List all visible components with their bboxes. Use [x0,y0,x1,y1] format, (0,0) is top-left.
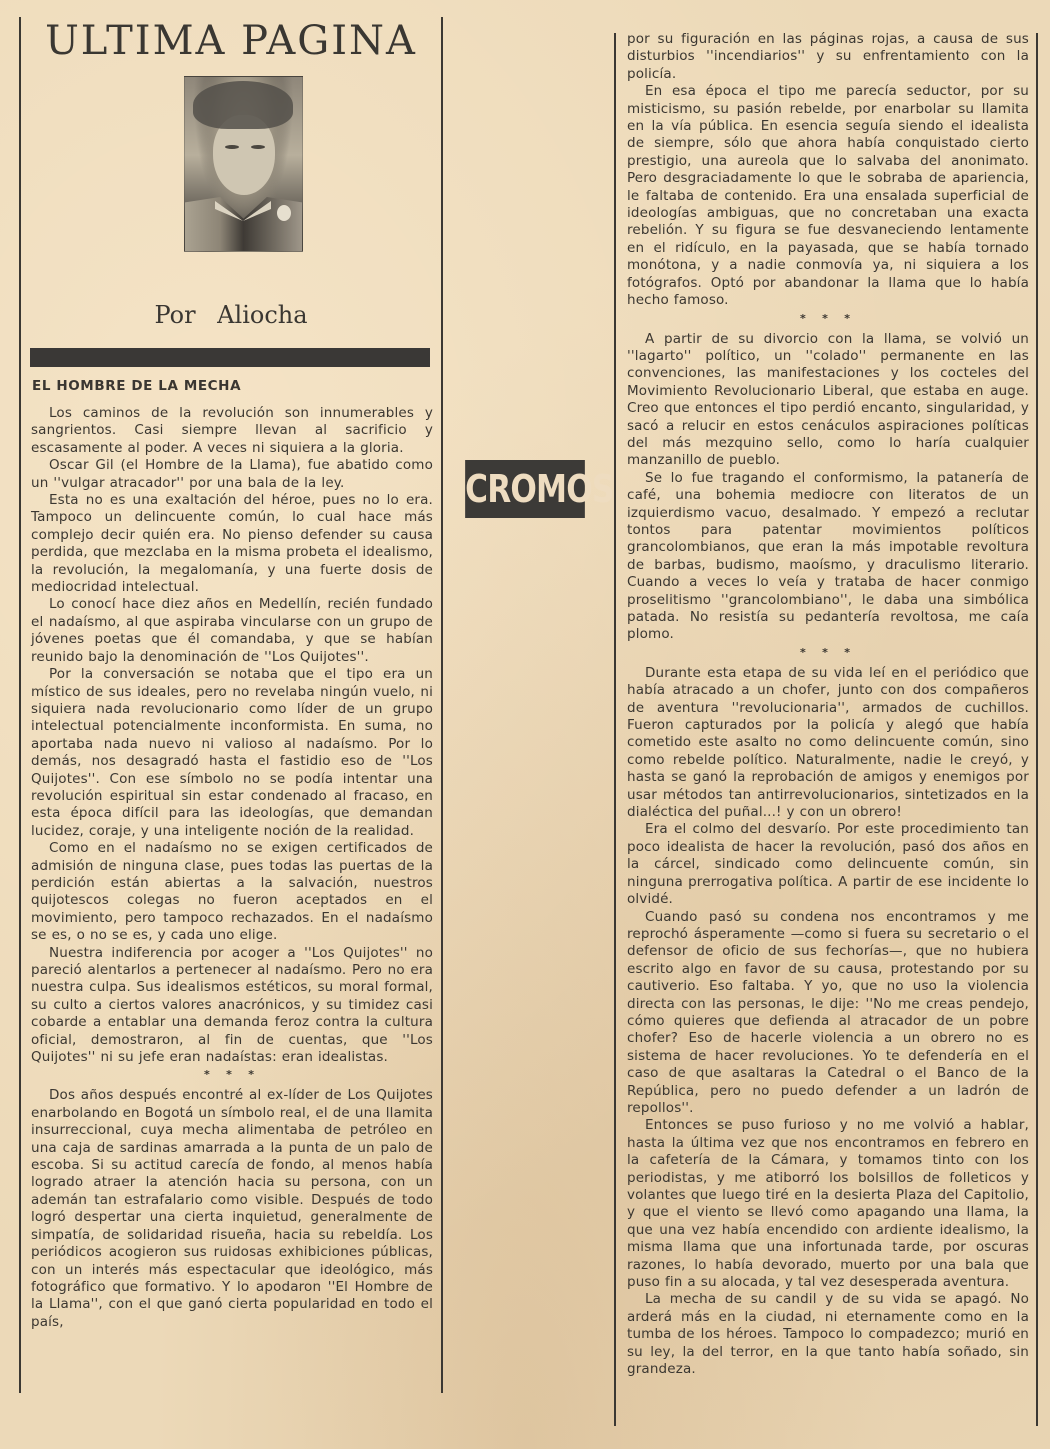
article-paragraph: Cuando pasó su condena nos encontramos y… [627,909,1029,1118]
article-title: EL HOMBRE DE LA MECHA [32,378,241,394]
flower-icon [277,205,291,221]
masthead-title: ULTIMA PAGINA [21,19,441,63]
right-column: por su figuración en las páginas rojas, … [614,33,1038,1426]
author-portrait-photo [184,76,303,252]
article-body-right: por su figuración en las páginas rojas, … [627,31,1029,1378]
article-paragraph: Como en el nadaísmo no se exigen certifi… [31,840,433,944]
article-paragraph: Esta no es una exaltación del héroe, pue… [31,492,433,596]
article-paragraph: Era el colmo del desvarío. Por este proc… [627,821,1029,908]
article-paragraph: La mecha de su candil y de su vida se ap… [627,1291,1029,1378]
article-paragraph: Durante esta etapa de su vida leí en el … [627,665,1029,822]
article-paragraph: Se lo fue tragando el conformismo, la pa… [627,470,1029,644]
section-separator: * * * [627,310,1029,327]
article-paragraph: Dos años después encontré al ex-líder de… [31,1087,433,1331]
section-separator: * * * [31,1066,433,1083]
article-body-left: Los caminos de la revolución son innumer… [31,405,433,1331]
left-column: ULTIMA PAGINA Por Aliocha EL HOMBRE DE L… [19,17,443,1393]
article-paragraph: Por la conversación se notaba que el tip… [31,666,433,840]
byline: Por Aliocha [21,301,441,329]
article-paragraph: A partir de su divorcio con la llama, se… [627,331,1029,470]
divider-bar [30,348,430,367]
article-paragraph: En esa época el tipo me parecía seductor… [627,83,1029,309]
article-paragraph: Oscar Gil (el Hombre de la Llama), fue a… [31,457,433,492]
cromos-logo: CROMOS [465,460,585,518]
section-separator: * * * [627,644,1029,661]
article-paragraph: Nuestra indiferencia por acoger a ''Los … [31,945,433,1067]
article-paragraph: Los caminos de la revolución son innumer… [31,405,433,457]
article-paragraph: Entonces se puso furioso y no me volvió … [627,1117,1029,1291]
article-paragraph: por su figuración en las páginas rojas, … [627,31,1029,83]
article-paragraph: Lo conocí hace diez años en Medellín, re… [31,596,433,666]
